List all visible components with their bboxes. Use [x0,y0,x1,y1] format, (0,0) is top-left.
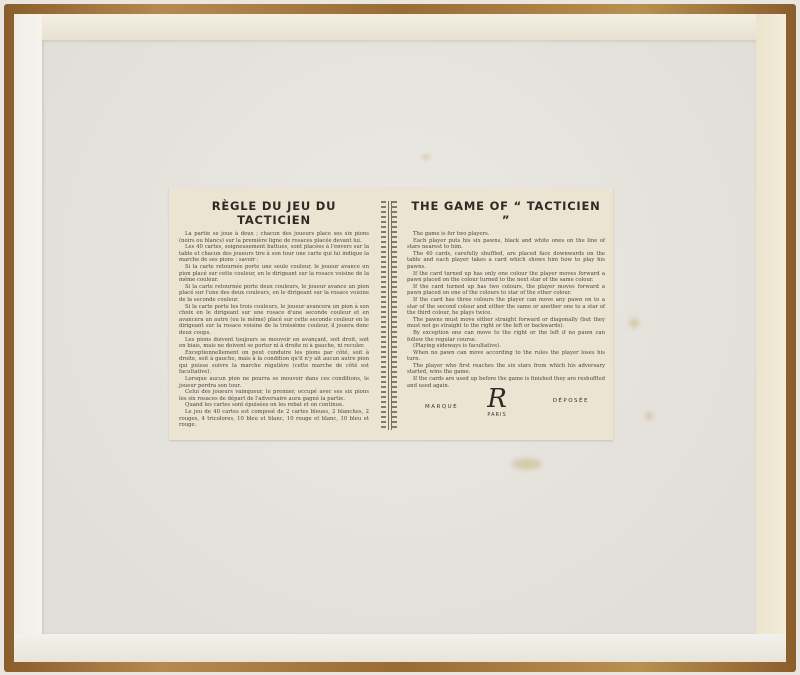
rules-paragraph: The pawns must move either straight forw… [407,317,605,330]
rules-paragraph: The 40 cards, carefully shuffled, are pl… [407,251,605,271]
rules-paragraph: Les pions doivent toujours se mouvoir en… [179,337,369,350]
rules-paragraph: (Playing sideways is facultative). [407,343,605,350]
rules-paragraph: Each player puts his six pawns, black an… [407,238,605,251]
rules-french-title: RÈGLE DU JEU DU TACTICIEN [179,199,369,227]
rules-french-body: La partie se joue à deux ; chacun des jo… [179,231,369,429]
rules-paragraph: If the card turned up has two colours, t… [407,284,605,297]
rules-paragraph: Le jeu de 40 cartes est composé de 2 car… [179,409,369,429]
rules-paragraph: The player who first reaches the six sta… [407,363,605,376]
rules-paragraph: By exception one can move to the right o… [407,330,605,343]
stain [645,412,653,420]
rules-english-body: The game is for two players.Each player … [407,231,605,389]
rules-paragraph: La partie se joue à deux ; chacun des jo… [179,231,369,244]
marque-label: MARQUE [425,404,458,410]
logo-city: PARIS [482,412,512,418]
box-wall-right [756,14,786,662]
stain [422,154,430,160]
ornamental-divider [381,201,397,430]
rules-paragraph: Lorsque aucun pion ne pourra se mouvoir … [179,376,369,389]
rules-english: THE GAME OF “ TACTICIEN ” The game is fo… [397,187,613,440]
rules-french: RÈGLE DU JEU DU TACTICIEN La partie se j… [169,187,377,440]
monogram-logo: R PARIS [482,386,512,418]
deposee-label: DÉPOSÉE [553,398,589,404]
monogram-icon: R [482,386,512,412]
rules-paragraph: When no pawn can move according to the r… [407,350,605,363]
stain [629,318,639,328]
maker-mark: MARQUE R PARIS DÉPOSÉE [397,386,613,426]
rules-paragraph: If the card has three colours the player… [407,297,605,317]
rules-paragraph: If the card turned up has only one colou… [407,271,605,284]
rules-paragraph: The game is for two players. [407,231,605,238]
stain [512,458,542,470]
rules-paragraph: Celui des joueurs vainqueur, le premier,… [179,389,369,402]
rules-paragraph: Exceptionnellement on peut conduire les … [179,350,369,376]
rules-paragraph: Si la carte retournée porte une seule co… [179,264,369,284]
box-wall-left [14,14,42,662]
rules-paragraph: Si la carte retournée porte deux couleur… [179,284,369,304]
rules-paragraph: Les 40 cartes, soigneusement battues, so… [179,244,369,264]
rules-card: RÈGLE DU JEU DU TACTICIEN La partie se j… [169,187,613,440]
box-wall-bottom [14,634,786,662]
rules-paragraph: Si la carte porte les trois couleurs, le… [179,304,369,337]
box-wall-top [14,14,786,40]
rules-english-title: THE GAME OF “ TACTICIEN ” [407,199,605,227]
